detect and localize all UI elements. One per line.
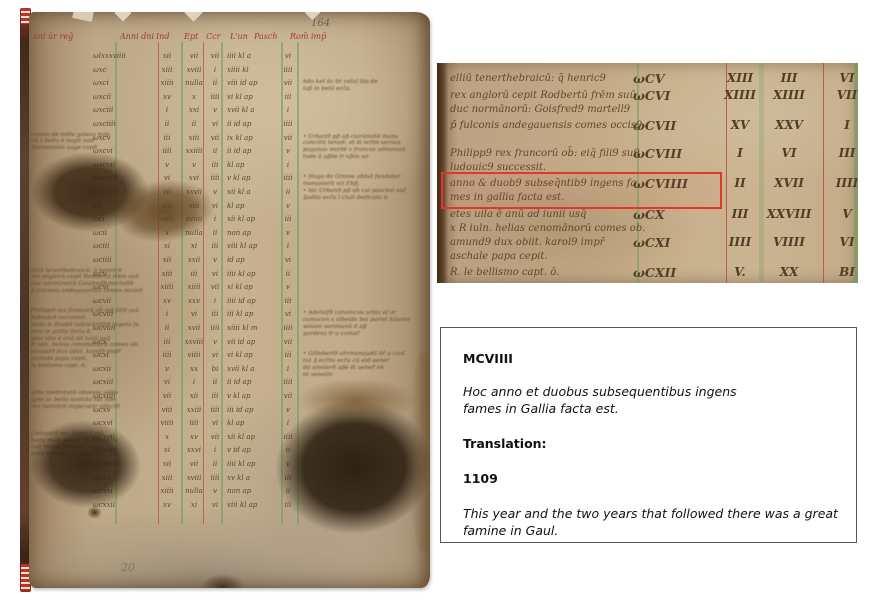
cell-conc: vii [207, 134, 223, 142]
margin-note: • Urban9 pp̄ ap̄ clarūmōtē mansconciliū … [303, 134, 425, 161]
cell-ept: xxvi [180, 446, 208, 454]
cell-pasch: viii kl ap [227, 501, 277, 509]
ink-spot [87, 506, 102, 519]
margin-note-line: hdo ket ēc br celuī lāp de [303, 79, 425, 86]
cell-conc: ii [207, 378, 223, 386]
cell-ept: xxii [180, 256, 208, 264]
cell-ept: vi [180, 310, 208, 318]
cell-luna: iii [279, 215, 297, 223]
cell-ept: xi [180, 501, 208, 509]
figure-canvas: ani ūr reḡAnni dniIndEptCcrL'unPaschRom̄… [0, 0, 878, 600]
cell-pasch: xiiii kl [227, 66, 277, 74]
cell-ind: xiii [156, 66, 178, 74]
cell-ind: vi [156, 378, 178, 386]
cell-ept: xviii [180, 474, 208, 482]
cell-pasch: kl ap [227, 161, 277, 169]
cell-ind: xv [156, 93, 178, 101]
header-label: L'un [230, 32, 248, 41]
cell-ind: viiii [156, 419, 178, 427]
parchment-page: ani ūr reḡAnni dniIndEptCcrL'unPaschRom̄… [29, 12, 430, 588]
margin-note-line: paganos mortē x francos admonuit [303, 147, 425, 154]
caption-box: MCVIIII Hoc anno et duobus subsequentibu… [440, 327, 857, 543]
margin-note-line: wlsion uerimanū il ap̄ [303, 324, 425, 331]
margin-note-line: • Urban9 pp̄ ap̄ clarūmōtē mans [303, 134, 425, 141]
margin-note: etes uila ē anū ad iunii usq̄R iuln. hel… [31, 336, 117, 350]
margin-note: • Adelulf9 canonicos urbis ef arcumacen … [303, 310, 425, 337]
cell-ind: xiiii [156, 487, 178, 495]
cell-conc: iii [207, 310, 223, 318]
detail-numeral: III [839, 146, 856, 160]
annal-row: ωxciiiixxivxvii kl ai [29, 106, 430, 119]
cell-pasch: non ap [227, 487, 277, 495]
detail-entry-line: elliū tenerthebraicū: q̄ henric9 [450, 73, 640, 84]
margin-note-line: dō amsterē ap̄ē ēt uener̄ eb [303, 365, 425, 372]
cell-conc: vii [207, 52, 223, 60]
cell-ind: xii [156, 256, 178, 264]
column-rule-green [759, 63, 764, 283]
margin-note-line: • hic Urban9 pp̄ ob̄ cui paschal suc̄ [303, 188, 425, 195]
cell-luna: iiii [279, 378, 297, 386]
cell-pasch: xii kl ap [227, 433, 277, 441]
cell-pasch: v id ap [227, 446, 277, 454]
detail-numeral: XX [780, 265, 799, 279]
cell-pasch: vii id ap [227, 338, 277, 346]
bottom-edge-notch [201, 574, 245, 588]
margin-note-line: mes in gallia facta ē. [31, 329, 117, 336]
cell-pasch: viii kl ap [227, 242, 277, 250]
cell-ind: xv [156, 297, 178, 305]
detail-entry-line: duc normānorū: Goisfred9 martell9 [450, 104, 640, 115]
cell-luna: vii [279, 338, 297, 346]
cell-pasch: non ap [227, 229, 277, 237]
detail-numeral: XIIII [724, 88, 756, 102]
cell-luna: iii [279, 297, 297, 305]
cell-ept: xxiiii [180, 147, 208, 155]
detail-numeral: VII [837, 88, 858, 102]
caption-latin-text: Hoc anno et duobus subsequentibus ingens… [463, 383, 838, 417]
cell-year: ωcxiii [93, 378, 131, 386]
cell-conc: vi [207, 120, 223, 128]
cell-pasch: id ap [227, 256, 277, 264]
cell-ind: xiii [156, 270, 178, 278]
margin-note-line: lap̄ in betō ecc̄a. [303, 86, 425, 93]
margin-note-line: rex anglorū cepit Rodbertū frēm suū [31, 274, 117, 281]
pencil-mark: 20 [121, 561, 135, 574]
cell-conc: ii [207, 79, 223, 87]
cell-conc: i [207, 297, 223, 305]
detail-numeral: XVII [774, 176, 804, 190]
cell-pasch: ii id ap [227, 120, 277, 128]
header-label: Ccr [206, 32, 220, 41]
annal-row: ωciiixixiiiiviii kl api [29, 242, 430, 255]
detail-numeral: IIII [836, 176, 858, 190]
cell-pasch: ix kl ap [227, 134, 277, 142]
cell-ind: iii [156, 338, 178, 346]
detail-year: ωCXI [633, 235, 670, 250]
header-label: Rom̄ imp̄ [290, 32, 326, 41]
detail-numeral: III [732, 207, 749, 221]
cell-ind: ii [156, 324, 178, 332]
cell-ept: viiii [180, 351, 208, 359]
annal-row: ωxciixvxiiiivi kl apiii [29, 93, 430, 106]
detail-numeral: II [734, 176, 745, 190]
margin-note-line: conciliū tenuit. et ēi ierlm uersus [303, 140, 425, 147]
cell-pasch: v kl ap [227, 392, 277, 400]
margin-note: comes de mōte galeas hoīscū s bella ē na… [31, 132, 117, 152]
cell-ept: xiii [180, 134, 208, 142]
detail-year: ωCVII [633, 118, 676, 133]
cell-ept: xviii [180, 66, 208, 74]
margin-note-line: amund9 dux obiit. karol9 impr̄ [31, 349, 117, 356]
margin-note-line: comes de mōte galeas hoīs [31, 132, 117, 139]
detail-numeral: I [844, 118, 850, 132]
cell-year: ωxc [93, 66, 131, 74]
annal-row: ωxcxiiixviiiixiiii kliiii [29, 66, 430, 79]
header-label: ani ūr reḡ [33, 32, 73, 41]
cell-pasch: iiii id ap [227, 297, 277, 305]
margin-note-line: cū s bella ē nagit uait [31, 138, 117, 145]
detail-numeral: XV [731, 118, 750, 132]
detail-entry-line: Philipp9 rex francorū ob̄: eiq̄ fili9 su… [450, 148, 640, 159]
cell-luna: iiii [279, 174, 297, 182]
cell-pasch: xvii kl a [227, 365, 277, 373]
margin-note-line: Philipp9 rex francorū ob̄ eiq̄ fili9 suū [31, 308, 117, 315]
cell-ind: iiii [156, 147, 178, 155]
cell-conc: ii [207, 460, 223, 468]
margin-note-line: tut q̄ ecc̄lis ecc̄a cū eid uener [303, 358, 425, 365]
margin-note-line: tude ū ap̄ōe lr xp̄ōs uo [303, 154, 425, 161]
cell-ind: xii [156, 460, 178, 468]
detail-entry-line: R. le bellismo capt. ō. [450, 267, 640, 278]
cell-year: ωcvii [93, 297, 131, 305]
margin-note: le bellismo capt. ō. [31, 363, 117, 370]
cell-luna: iiii [279, 66, 297, 74]
cell-pasch: kl ap [227, 419, 277, 427]
english-line-2: famine in Gaul. [463, 523, 558, 538]
cell-luna: ii [279, 270, 297, 278]
column-rule-red [823, 63, 824, 283]
margin-note-line: anno & duob9 subseq̄ntib9 ingens fa [31, 322, 117, 329]
detail-numeral: VI [840, 71, 855, 85]
cell-year: ωlxxxviiii [93, 52, 131, 60]
cell-ept: xx [180, 365, 208, 373]
edge-tear [184, 12, 202, 22]
caption-english-text: This year and the two years that followe… [463, 505, 838, 539]
cell-pasch: ii id ap [227, 147, 277, 155]
cell-pasch: vi kl ap [227, 93, 277, 101]
detail-entry-line: aschale papa cepit. [450, 251, 640, 262]
cell-pasch: ii id ap [227, 378, 277, 386]
cell-year: ωciiii [93, 256, 131, 264]
cell-conc: ii [207, 147, 223, 155]
margin-note-line: • Adelulf9 canonicos urbis ef ar [303, 310, 425, 317]
cell-ind: viii [156, 406, 178, 414]
detail-numeral: VI [840, 235, 855, 249]
cell-ept: iii [180, 270, 208, 278]
detail-year: ωCX [633, 207, 665, 222]
cell-ind: xii [156, 52, 178, 60]
annal-row: ωlxxxviiiixiiviiviiiiii kl avi [29, 52, 430, 65]
detail-numeral: XXV [775, 118, 803, 132]
cell-pasch: xv kl a [227, 474, 277, 482]
cell-ind: v [156, 365, 178, 373]
manuscript-detail-crop-image: elliū tenerthebraicū: q̄ henric9ωCVXIIII… [437, 63, 858, 283]
detail-numeral: VIIII [773, 235, 805, 249]
detail-numeral: XIIII [773, 88, 805, 102]
cell-ept: vii [180, 52, 208, 60]
caption-year-roman: MCVIIII [463, 351, 838, 366]
detail-entry-line: etes uila ē anū ad iunii usq̄ [450, 209, 640, 220]
cell-ind: xv [156, 501, 178, 509]
margin-note-line: elliū tenerthebraicū: q̄ henric9 [31, 268, 117, 275]
cell-ind: xi [156, 446, 178, 454]
margin-note: Philipp9 rex francorū ob̄ eiq̄ fili9 suū… [31, 308, 117, 322]
cell-conc: bi [207, 365, 223, 373]
margin-note-line: ludouic9 successit. [31, 315, 117, 322]
cell-ept: xxi [180, 106, 208, 114]
cell-pasch: viii id ap [227, 79, 277, 87]
latin-line-2: fames in Gallia facta est. [463, 401, 619, 416]
cell-luna: v [279, 147, 297, 155]
margin-note: anno & duob9 subseq̄ntib9 ingens fames i… [31, 322, 117, 336]
cell-pasch: xii kl ap [227, 215, 277, 223]
detail-numeral: III [781, 71, 798, 85]
cell-conc: v [207, 338, 223, 346]
detail-entry-line: x R iuln. helias cenomānorū comes ob. [450, 223, 640, 234]
cell-ind: xiiii [156, 283, 178, 291]
margin-note-line: monasterii sci Ebp̄. [303, 181, 425, 188]
cell-pasch: iii id ap [227, 406, 277, 414]
margin-note-line: urbs mediolanū obsessa uiāte [31, 390, 117, 397]
cell-ind: xiiii [156, 79, 178, 87]
detail-year: ωCVIII [633, 146, 682, 161]
cell-ept: xvii [180, 324, 208, 332]
cell-ind: i [156, 310, 178, 318]
cell-luna: iii [279, 351, 297, 359]
cell-conc: v [207, 106, 223, 114]
cell-ind: i [156, 106, 178, 114]
cell-ept: xxviii [180, 338, 208, 346]
detail-numeral: BI [839, 265, 855, 279]
cell-ind: iii [156, 134, 178, 142]
folio-number: 164 [311, 18, 330, 29]
caption-year-arabic: 1109 [463, 471, 838, 486]
detail-entry-line: rex anglorū cepit Rodbertū frēm suū [450, 90, 640, 101]
cell-luna: vii [279, 392, 297, 400]
cell-ept: nulla [180, 79, 208, 87]
margin-note-line: le bellismo capt. ō. [31, 363, 117, 370]
cell-conc: v [207, 256, 223, 264]
margin-note: hdo ket ēc br celuī lāp delap̄ in betō e… [303, 79, 425, 93]
cell-ept: xii [180, 392, 208, 400]
edge-discoloration [411, 352, 430, 552]
cell-conc: iii [207, 242, 223, 250]
cell-luna: vii [279, 79, 297, 87]
cell-ept: xxv [180, 297, 208, 305]
edge-tear [72, 12, 94, 22]
cell-pasch: xi kl ap [227, 283, 277, 291]
cell-conc: vii [207, 433, 223, 441]
cell-ind: x [156, 433, 178, 441]
cell-pasch: xiiii kl m [227, 324, 277, 332]
margin-note-line: q̄uētls ecc̄a ī cīuit dedicata ē. [303, 195, 425, 202]
cell-luna: iiii [279, 324, 297, 332]
margin-note: elliū tenerthebraicū: q̄ henric9rex angl… [31, 268, 117, 295]
cell-conc: iiii [207, 174, 223, 182]
cell-conc: iiii [207, 406, 223, 414]
cell-pasch: xvii kl a [227, 106, 277, 114]
cell-conc: iii [207, 161, 223, 169]
cell-ept: v [180, 161, 208, 169]
cell-ept: xiiii [180, 283, 208, 291]
cell-conc: vi [207, 501, 223, 509]
cell-luna: vii [279, 134, 297, 142]
detail-year: ωCXII [633, 265, 676, 280]
caption-translation-label: Translation: [463, 436, 838, 451]
cell-conc: iii [207, 392, 223, 400]
cell-luna: v [279, 229, 297, 237]
cell-ept: x [180, 93, 208, 101]
cell-ind: iiii [156, 351, 178, 359]
detail-numeral: XIII [727, 71, 753, 85]
detail-year: ωCV [633, 71, 665, 86]
cell-ept: vii [180, 460, 208, 468]
cell-conc: v [207, 487, 223, 495]
detail-entry-line: amund9 dux obiit. karol9 impr̄ [450, 237, 640, 248]
cell-luna: iii [279, 93, 297, 101]
cell-ind: v [156, 161, 178, 169]
cell-luna: i [279, 242, 297, 250]
cell-luna: vi [279, 52, 297, 60]
cell-year: ωxci [93, 79, 131, 87]
cell-conc: vii [207, 283, 223, 291]
cell-luna: v [279, 283, 297, 291]
cell-ept: xxiii [180, 406, 208, 414]
cell-ept: iiii [180, 419, 208, 427]
margin-note-line: rex heinric9 imperatōr effect9 [31, 404, 117, 411]
cell-conc: i [207, 66, 223, 74]
detail-numeral: I [737, 146, 743, 160]
cell-pasch: iii kl ap [227, 310, 277, 318]
cell-ept: i [180, 378, 208, 386]
cell-luna: iiii [279, 120, 297, 128]
margin-note-line: gardens lr u comac̄ [303, 331, 425, 338]
cell-conc: iiii [207, 474, 223, 482]
cell-luna: i [279, 161, 297, 169]
detail-year: ωCVI [633, 88, 670, 103]
cell-conc: i [207, 446, 223, 454]
manuscript-folio-image: ani ūr reḡAnni dniIndEptCcrL'unPaschRom̄… [20, 8, 430, 592]
cell-ept: ii [180, 120, 208, 128]
margin-note: urbs mediolanū obsessa uiāteigne ac bell… [31, 390, 117, 410]
header-label: Anni dni [120, 32, 154, 41]
cell-year: ωciii [93, 242, 131, 250]
detail-numeral: V. [734, 265, 745, 279]
cell-ind: vii [156, 392, 178, 400]
margin-note-line: duc normānorū Goisfred9 martell9 [31, 281, 117, 288]
cell-luna: i [279, 106, 297, 114]
cell-pasch: xii kl a [227, 188, 277, 196]
cell-luna: v [279, 202, 297, 210]
table-header-red-ink: ani ūr reḡAnni dniIndEptCcrL'unPaschRom̄… [29, 32, 430, 44]
detail-numeral: IIII [729, 235, 751, 249]
cell-luna: vi [279, 256, 297, 264]
margin-note-line: igne ac bello uastata sūt īide [31, 397, 117, 404]
cell-conc: iiii [207, 93, 223, 101]
margin-note-line: p̄ fulconis andegauensis comes occis9 [31, 288, 117, 295]
cell-conc: vi [207, 270, 223, 278]
cell-pasch: kl ap [227, 202, 277, 210]
detail-numeral: XXVIII [767, 207, 812, 221]
detail-numeral: VI [782, 146, 797, 160]
margin-note: • hic Urban9 pp̄ ob̄ cui paschal suc̄q̄u… [303, 188, 425, 202]
cell-ept: nulla [180, 487, 208, 495]
cell-pasch: v kl ap [227, 174, 277, 182]
cell-year: ωxcii [93, 93, 131, 101]
cell-ind: ii [156, 120, 178, 128]
cell-luna: v [279, 406, 297, 414]
margin-note-line: • Hugo de Grione abbal fundator [303, 174, 425, 181]
detail-entry-line: p̄ fulconis andegauensis comes occis9 [450, 120, 640, 131]
cell-ind: xiii [156, 474, 178, 482]
margin-note: • Hugo de Grione abbal fundatormonasteri… [303, 174, 425, 188]
cell-luna: i [279, 365, 297, 373]
cell-luna: ii [279, 188, 297, 196]
margin-note-line: aschale papa cepit. [31, 356, 117, 363]
margin-note-line: • Gillebert9 ehrmenaudil ōc̄ a cust [303, 351, 425, 358]
header-label: Ept [184, 32, 198, 41]
margin-note-line: etes uila ē anū ad iunii usq̄ [31, 336, 117, 343]
cell-pasch: vi kl ap [227, 351, 277, 359]
margin-note: amund9 dux obiit. karol9 impr̄aschale pa… [31, 349, 117, 363]
header-label: Ind [156, 32, 169, 41]
header-label: Pasch [254, 32, 278, 41]
margin-note-line: hierlosimās uage capīt [31, 145, 117, 152]
highlight-rectangle [441, 172, 722, 209]
cell-ind: xi [156, 242, 178, 250]
cell-conc: vi [207, 351, 223, 359]
latin-line-1: Hoc anno et duobus subsequentibus ingens [463, 384, 737, 399]
cell-conc: vi [207, 419, 223, 427]
cell-ept: xv [180, 433, 208, 441]
margin-note: • Gillebert9 ehrmenaudil ōc̄ a custtut q… [303, 351, 425, 378]
cell-ept: xi [180, 242, 208, 250]
cell-pasch: iiii kl a [227, 52, 277, 60]
cell-pasch: iiii kl ap [227, 460, 277, 468]
margin-note-line: R iuln. helias cenomānorū comes ob. [31, 342, 117, 349]
detail-numeral: V [842, 207, 851, 221]
cell-year: ωxciiii [93, 120, 131, 128]
margin-note-line: cumacen s albelde boi pariet hūante [303, 317, 425, 324]
english-line-1: This year and the two years that followe… [463, 506, 838, 521]
cell-conc: iiii [207, 324, 223, 332]
cell-luna: vi [279, 310, 297, 318]
edge-tear [115, 12, 132, 21]
cell-year: ωxciii [93, 106, 131, 114]
cell-conc: ii [207, 229, 223, 237]
cell-pasch: iiii kl ap [227, 270, 277, 278]
